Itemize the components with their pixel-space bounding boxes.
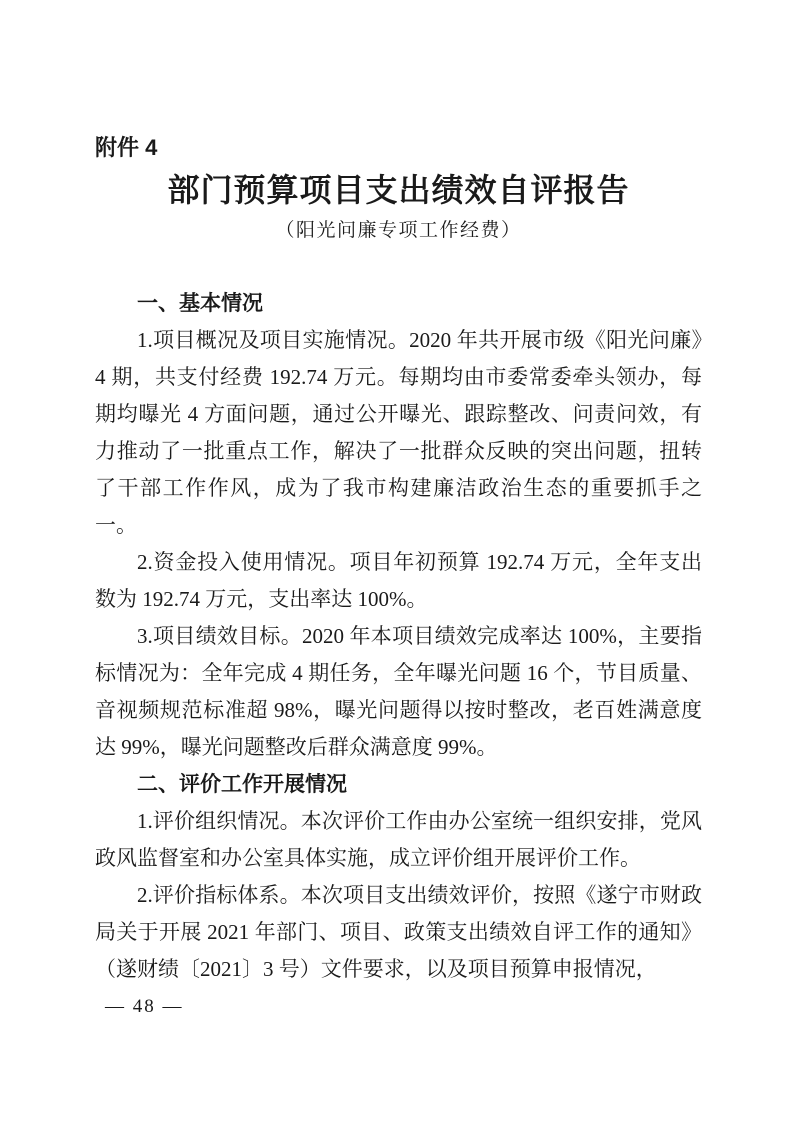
document-content: 附件 4 部门预算项目支出绩效自评报告 （阳光问廉专项工作经费） 一、基本情况 …	[95, 0, 702, 988]
section-heading-evaluation-work: 二、评价工作开展情况	[95, 766, 702, 803]
paragraph-performance-targets: 3.项目绩效目标。2020 年本项目绩效完成率达 100%，主要指标情况为：全年…	[95, 618, 702, 766]
paragraph-evaluation-organization: 1.评价组织情况。本次评价工作由办公室统一组织安排，党风政风监督室和办公室具体实…	[95, 803, 702, 877]
paragraph-project-overview: 1.项目概况及项目实施情况。2020 年共开展市级《阳光问廉》4 期，共支付经费…	[95, 322, 702, 544]
section-heading-basic-situation: 一、基本情况	[95, 285, 702, 322]
page-number: — 48 —	[105, 996, 184, 1018]
document-page: 附件 4 部门预算项目支出绩效自评报告 （阳光问廉专项工作经费） 一、基本情况 …	[0, 0, 793, 1122]
document-body: 一、基本情况 1.项目概况及项目实施情况。2020 年共开展市级《阳光问廉》4 …	[95, 285, 702, 988]
paragraph-evaluation-indicator-system: 2.评价指标体系。本次项目支出绩效评价，按照《遂宁市财政局关于开展 2021 年…	[95, 877, 702, 988]
document-title: 部门预算项目支出绩效自评报告	[95, 171, 702, 209]
attachment-label: 附件 4	[95, 0, 702, 161]
document-subtitle: （阳光问廉专项工作经费）	[95, 218, 702, 244]
paragraph-funds-usage: 2.资金投入使用情况。项目年初预算 192.74 万元，全年支出数为 192.7…	[95, 544, 702, 618]
